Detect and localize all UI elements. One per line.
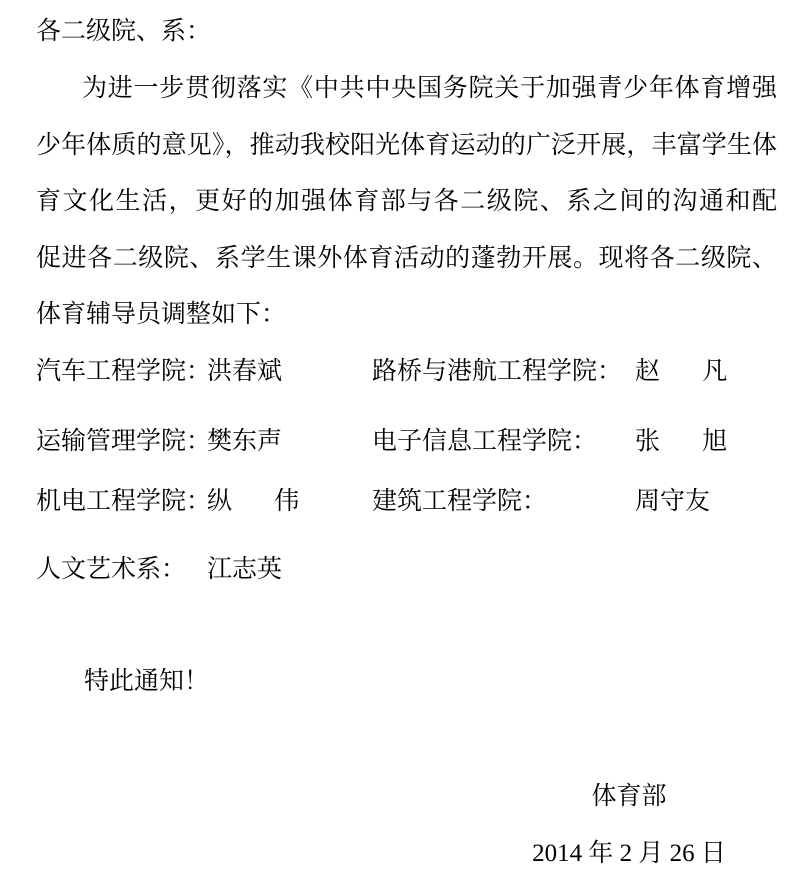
assignment-row: 人文艺术系： 江志英 bbox=[0, 557, 810, 583]
assignment-row: 汽车工程学院： 洪春斌 路桥与港航工程学院： 赵 凡 bbox=[0, 359, 810, 385]
notice-document: 各二级院、系： 为进一步贯彻落实《中共中央国务院关于加强青少年体育增强青 少年体… bbox=[0, 0, 810, 882]
department-label: 汽车工程学院： bbox=[36, 359, 211, 385]
counselor-name: 洪春斌 bbox=[207, 359, 282, 385]
signature-department: 体育部 bbox=[530, 784, 728, 810]
department-label: 运输管理学院： bbox=[36, 429, 211, 455]
counselor-name: 纵 伟 bbox=[207, 489, 299, 515]
body-paragraph: 为进一步贯彻落实《中共中央国务院关于加强青少年体育增强青 少年体质的意见》，推动… bbox=[36, 61, 777, 344]
salutation: 各二级院、系： bbox=[36, 19, 211, 45]
closing-statement: 特此通知！ bbox=[84, 669, 209, 695]
signature-date: 2014 年 2 月 26 日 bbox=[530, 841, 728, 867]
body-line: 为进一步贯彻落实《中共中央国务院关于加强青少年体育增强青 bbox=[36, 61, 777, 118]
department-label: 建筑工程学院： bbox=[372, 489, 547, 515]
body-line: 促进各二级院、系学生课外体育活动的蓬勃开展。现将各二级院、系 bbox=[36, 231, 777, 288]
body-line: 育文化生活，更好的加强体育部与各二级院、系之间的沟通和配合， bbox=[36, 174, 777, 231]
body-line: 少年体质的意见》，推动我校阳光体育运动的广泛开展，丰富学生体 bbox=[36, 118, 777, 175]
body-line: 体育辅导员调整如下： bbox=[36, 287, 777, 344]
department-label: 路桥与港航工程学院： bbox=[372, 359, 622, 385]
counselor-name: 赵 凡 bbox=[635, 359, 727, 385]
assignment-row: 机电工程学院： 纵 伟 建筑工程学院： 周守友 bbox=[0, 489, 810, 515]
counselor-name: 江志英 bbox=[207, 557, 282, 583]
department-label: 机电工程学院： bbox=[36, 489, 211, 515]
department-label: 人文艺术系： bbox=[36, 557, 186, 583]
counselor-name: 樊东声 bbox=[207, 429, 282, 455]
counselor-name: 周守友 bbox=[635, 489, 710, 515]
assignment-row: 运输管理学院： 樊东声 电子信息工程学院： 张 旭 bbox=[0, 429, 810, 455]
department-label: 电子信息工程学院： bbox=[372, 429, 597, 455]
counselor-name: 张 旭 bbox=[635, 429, 727, 455]
